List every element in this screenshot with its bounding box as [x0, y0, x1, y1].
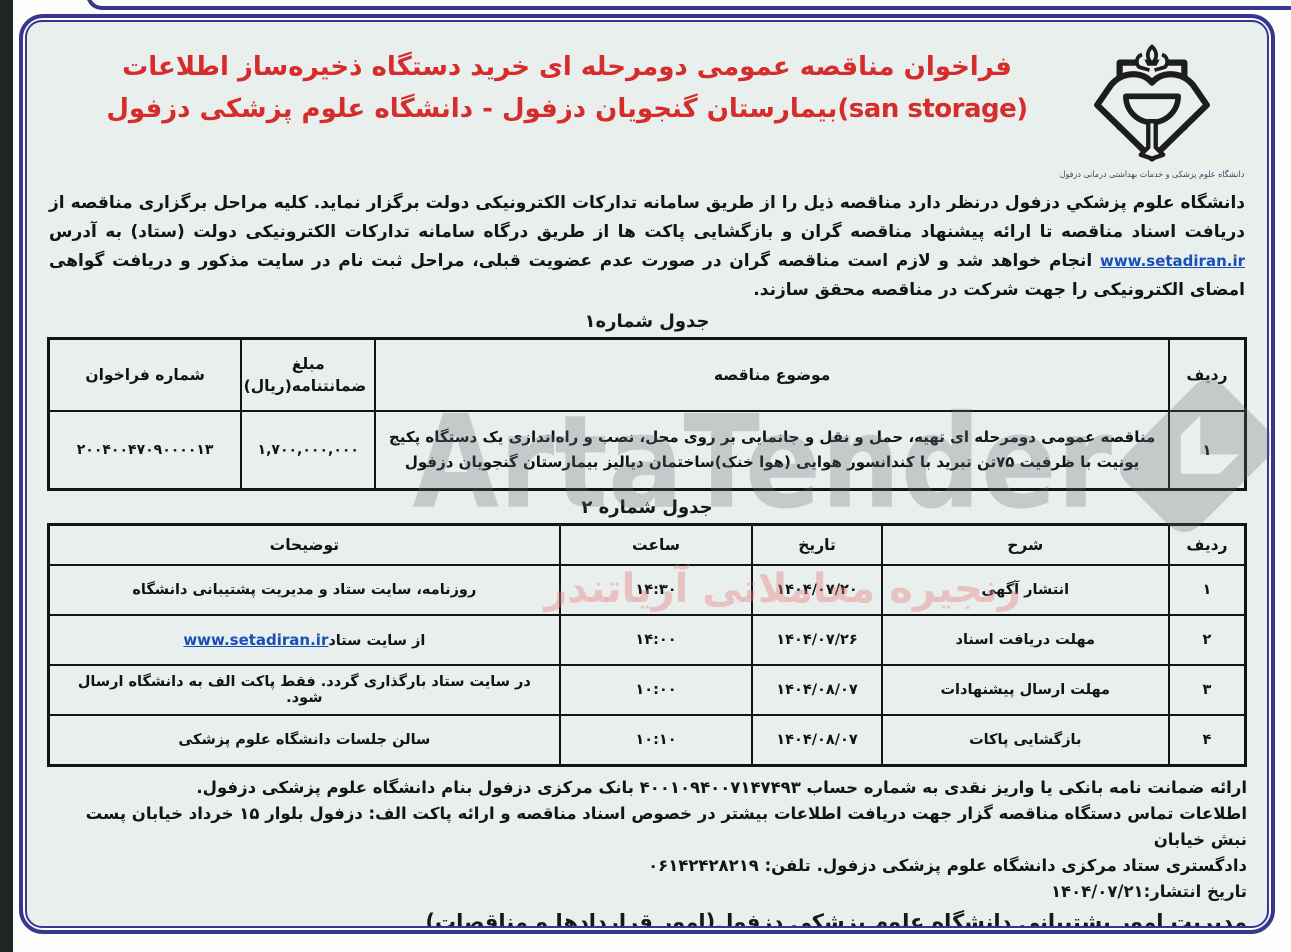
setadiran-url-link-table[interactable]: www.setadiran.ir [183, 631, 328, 649]
intro-text-before-url: دانشگاه علوم پزشكي دزفول درنظر دارد مناق… [49, 193, 1245, 242]
table1-cell-call-no: ۲۰۰۴۰۰۴۷۰۹۰۰۰۰۱۳ [49, 411, 242, 490]
table2-cell-note: سالن جلسات دانشگاه علوم پزشکی [49, 715, 560, 766]
table1-row: ۱ مناقصه عمومی دومرحله ای تهیه، حمل و نق… [49, 411, 1246, 490]
table2-cell-desc: مهلت ارسال پیشنهادات [882, 665, 1169, 715]
ad-inner-frame: دانشگاه علوم پزشکی و خدمات بهداشتی درمان… [25, 20, 1269, 928]
table2-cell-desc: انتشار آگهی [882, 565, 1169, 615]
table2-cell-radif: ۲ [1169, 615, 1246, 665]
table2-row-1: ۱ انتشار آگهی ۱۴۰۴/۰۷/۲۰ ۱۴:۳۰ روزنامه، … [49, 565, 1246, 615]
footer: ارائه ضمانت نامه بانکی یا واریز نقدی به … [47, 775, 1247, 928]
table2-cell-radif: ۴ [1169, 715, 1246, 766]
table2-cell-radif: ۱ [1169, 565, 1246, 615]
intro-text-after-url: انجام خواهد شد و لازم است مناقصه گران در… [49, 251, 1245, 300]
guarantee-account-line: ارائه ضمانت نامه بانکی یا واریز نقدی به … [47, 775, 1247, 801]
scanned-tender-page: { "colors": { "accent_red": "#d62c2c", "… [0, 0, 1291, 952]
table1-cell-radif: ۱ [1169, 411, 1246, 490]
table2-cell-date: ۱۴۰۴/۰۷/۲۶ [752, 615, 881, 665]
logo-block: دانشگاه علوم پزشکی و خدمات بهداشتی درمان… [1057, 32, 1247, 179]
table2-cell-desc: بازگشایی پاکات [882, 715, 1169, 766]
table2-cell-radif: ۳ [1169, 665, 1246, 715]
intro-paragraph: دانشگاه علوم پزشكي دزفول درنظر دارد مناق… [49, 189, 1245, 305]
table2-row-4: ۴ بازگشایی پاکات ۱۴۰۴/۰۸/۰۷ ۱۰:۱۰ سالن ج… [49, 715, 1246, 766]
table2-cell-date: ۱۴۰۴/۰۸/۰۷ [752, 715, 881, 766]
table2-cell-note: روزنامه، سایت ستاد و مدیریت پشتیبانی دان… [49, 565, 560, 615]
table1-cell-amount: ۱,۷۰۰,۰۰۰,۰۰۰ [241, 411, 375, 490]
table2-cell-time: ۱۰:۰۰ [560, 665, 753, 715]
table2-cell-time: ۱۰:۱۰ [560, 715, 753, 766]
header: دانشگاه علوم پزشکی و خدمات بهداشتی درمان… [47, 32, 1247, 179]
table2-header-desc: شرح [882, 525, 1169, 566]
table1-header-radif: ردیف [1169, 339, 1246, 412]
table2-note-text: از سایت ستاد [328, 633, 425, 649]
ad-outer-frame: دانشگاه علوم پزشکی و خدمات بهداشتی درمان… [19, 14, 1275, 934]
table2-header-note: توضیحات [49, 525, 560, 566]
ad-content: دانشگاه علوم پزشکی و خدمات بهداشتی درمان… [27, 22, 1267, 926]
table2-header-date: تاریخ [752, 525, 881, 566]
table1-caption: جدول شماره۱ [47, 311, 1247, 332]
table2-schedule: ردیف شرح تاریخ ساعت توضیحات ۱ انتشار آگه… [47, 523, 1247, 767]
table1-header-row: ردیف موضوع مناقصه مبلغ ضمانتنامه(ریال) ش… [49, 339, 1246, 412]
page-title-line1: فراخوان مناقصه عمومی دومرحله ای خرید دست… [77, 46, 1057, 88]
table1-header-amount: مبلغ ضمانتنامه(ریال) [241, 339, 375, 412]
table2-row-2: ۲ مهلت دریافت اسناد ۱۴۰۴/۰۷/۲۶ ۱۴:۰۰ از … [49, 615, 1246, 665]
table2-header-row: ردیف شرح تاریخ ساعت توضیحات [49, 525, 1246, 566]
table1-cell-subject: مناقصه عمومی دومرحله ای تهیه، حمل و نقل … [375, 411, 1169, 490]
title-block: فراخوان مناقصه عمومی دومرحله ای خرید دست… [47, 32, 1057, 130]
table1-tender-subject: ردیف موضوع مناقصه مبلغ ضمانتنامه(ریال) ش… [47, 337, 1247, 491]
table2-cell-date: ۱۴۰۴/۰۸/۰۷ [752, 665, 881, 715]
previous-ad-frame-fragment [86, 0, 1291, 10]
scan-dark-edge [0, 0, 13, 952]
table2-cell-time: ۱۴:۰۰ [560, 615, 753, 665]
table2-cell-time: ۱۴:۳۰ [560, 565, 753, 615]
table2-row-3: ۳ مهلت ارسال پیشنهادات ۱۴۰۴/۰۸/۰۷ ۱۰:۰۰ … [49, 665, 1246, 715]
table2-cell-date: ۱۴۰۴/۰۷/۲۰ [752, 565, 881, 615]
setadiran-url-link[interactable]: www.setadiran.ir [1100, 252, 1245, 270]
table2-header-time: ساعت [560, 525, 753, 566]
table2-header-radif: ردیف [1169, 525, 1246, 566]
issuer-signature: مدیریت امور پشتیبانی دانشگاه علوم پزشکی … [47, 910, 1247, 928]
table2-cell-desc: مهلت دریافت اسناد [882, 615, 1169, 665]
table2-cell-note: در سایت ستاد بارگذاری گردد. فقط پاکت الف… [49, 665, 560, 715]
table2-cell-note: از سایت ستادwww.setadiran.ir [49, 615, 560, 665]
contact-info-line1: اطلاعات تماس دستگاه مناقصه گزار جهت دریا… [47, 801, 1247, 853]
publish-date: تاریخ انتشار:۱۴۰۴/۰۷/۲۱ [47, 879, 1247, 905]
table1-header-subject: موضوع مناقصه [375, 339, 1169, 412]
page-title-line2: (san storage)بیمارستان گنجویان دزفول - د… [77, 88, 1057, 130]
logo-caption: دانشگاه علوم پزشکی و خدمات بهداشتی درمان… [1057, 170, 1247, 179]
table2-caption: جدول شماره ۲ [47, 497, 1247, 518]
table1-header-call-no: شماره فراخوان [49, 339, 242, 412]
contact-info-line2: دادگستری ستاد مرکزی دانشگاه علوم پزشکی د… [47, 853, 1247, 879]
ministry-of-health-logo-icon [1089, 44, 1215, 166]
